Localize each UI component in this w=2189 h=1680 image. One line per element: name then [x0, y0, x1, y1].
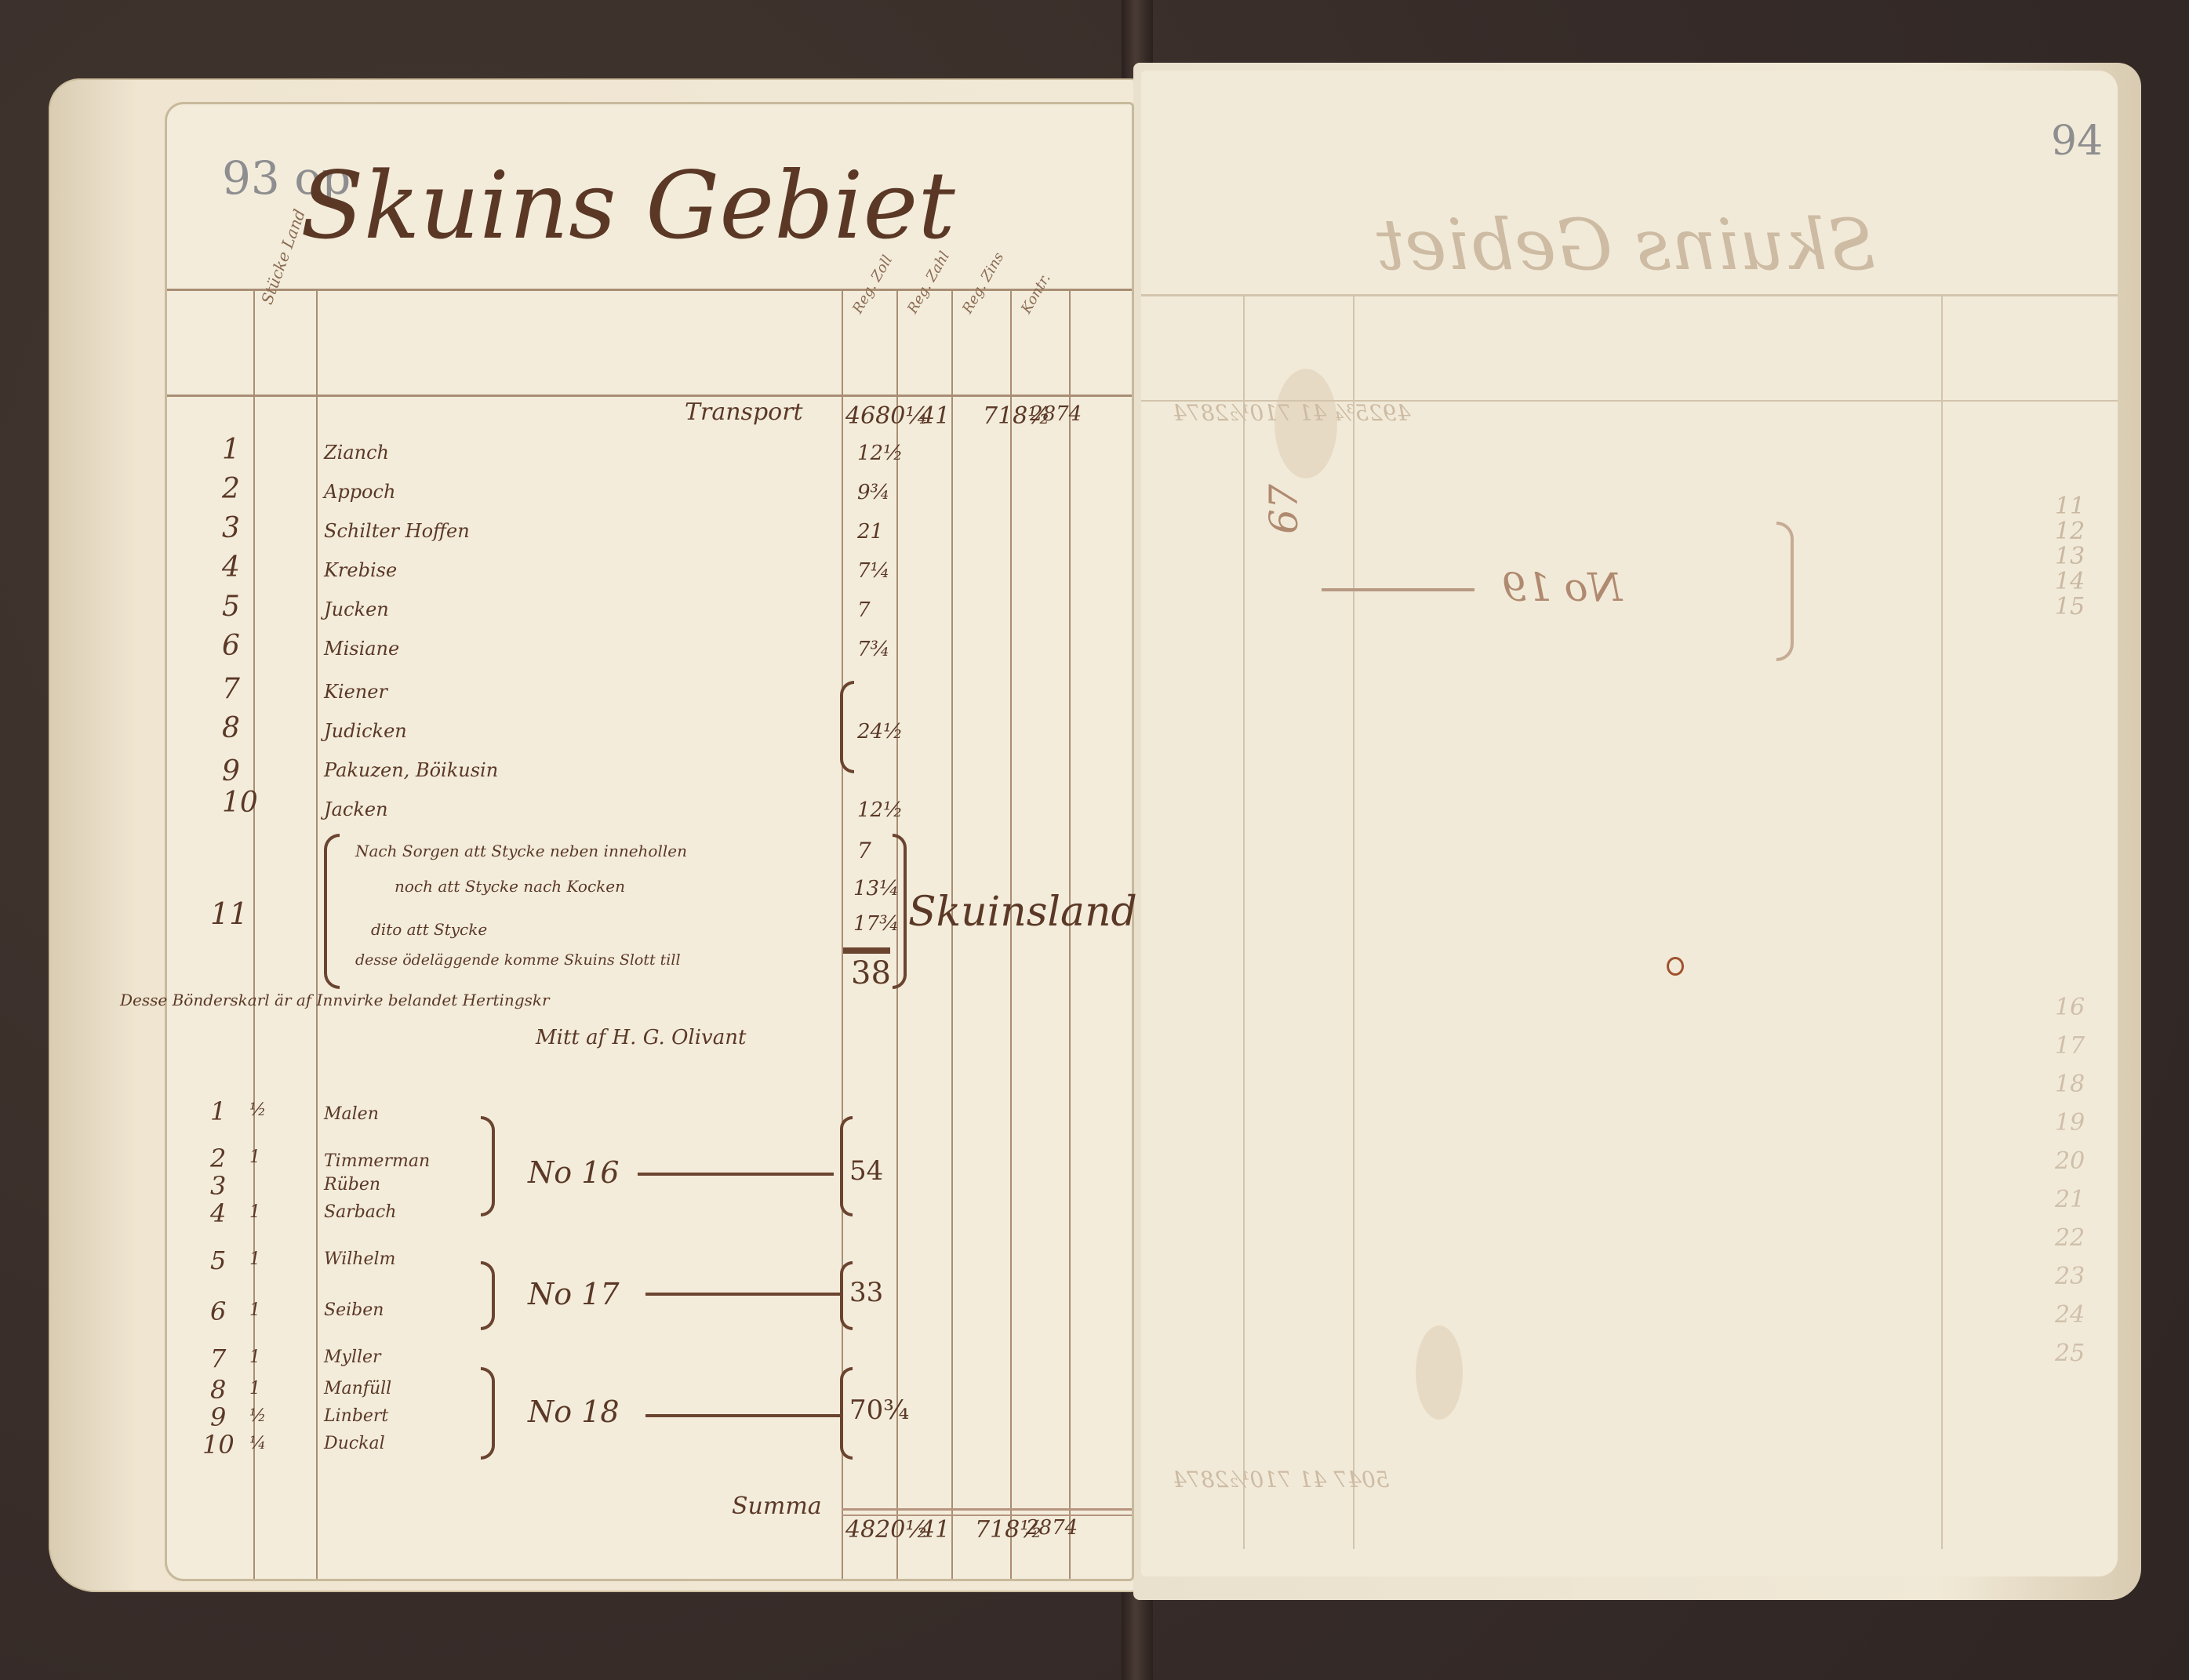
row-name: Linbert [324, 1406, 388, 1426]
row-number: 21 [2055, 1180, 2102, 1219]
row-number: 9 [210, 1402, 226, 1432]
row-number: 4 [210, 1198, 226, 1228]
entry-line: dito att Stycke [371, 920, 487, 939]
row-share: ¼ [249, 1434, 266, 1453]
row-share: 1 [249, 1249, 260, 1269]
column-header-rule [167, 395, 1132, 397]
group-connector [645, 1414, 842, 1417]
row-number: 8 [222, 712, 240, 744]
row-number: 22 [2055, 1219, 2102, 1257]
summa-rule [842, 1508, 1132, 1511]
summa-value: 4820½ [845, 1516, 928, 1544]
note: Desse Bönderskarl är af Innvirke belande… [120, 991, 550, 1009]
row-number: 5 [222, 591, 240, 623]
bracket [481, 1116, 495, 1216]
bleed-through-summa: 5047 41 710½2874 [1173, 1467, 1390, 1493]
row-name: Sarbach [324, 1202, 396, 1222]
row-value: 21 [857, 520, 883, 544]
row-number: 6 [210, 1296, 226, 1326]
bleed-through-group-total: 67 [1261, 484, 1307, 534]
row-number: 19 [2055, 1104, 2102, 1142]
pencil-folio: 94 [2051, 118, 2103, 165]
bleed-through-group-label: No 19 [1502, 565, 1622, 610]
group-connector [645, 1293, 842, 1296]
row-number: 2 [222, 473, 240, 505]
row-number: 15 [2055, 595, 2102, 620]
entry-line: Nach Sorgen att Stycke neben innehollen [355, 842, 687, 860]
row-number: 1 [222, 434, 240, 466]
group-label: No 16 [528, 1155, 620, 1190]
bleed-through-bracket [1776, 522, 1794, 661]
bracket [324, 834, 340, 989]
group-label: No 18 [528, 1395, 620, 1429]
entry-line: noch att Stycke nach Kocken [395, 877, 625, 896]
row-number: 17 [2055, 1027, 2102, 1065]
row-number: 10 [202, 1430, 235, 1460]
row-number: 12 [2055, 519, 2102, 544]
row-name: Jucken [324, 598, 389, 620]
row-name: Duckal [324, 1434, 385, 1453]
row-number: 7 [210, 1344, 226, 1373]
row-name: Kiener [324, 681, 387, 703]
row-share: ½ [249, 1100, 266, 1120]
row-value: 12½ [857, 442, 903, 465]
bleed-through-transport: 4925¾ 41 710½2874 [1173, 400, 1411, 426]
row-number: 11 [2055, 494, 2102, 519]
row-share: ½ [249, 1406, 266, 1426]
summa-value: 2874 [1026, 1516, 1078, 1540]
row-name: Appoch [324, 481, 395, 503]
row-name: Seiben [324, 1300, 384, 1320]
row-name: Zianch [324, 442, 389, 464]
row-value: 7¾ [857, 638, 890, 661]
row-number: 20 [2055, 1142, 2102, 1180]
row-name: Timmerman [324, 1151, 430, 1171]
subtotal-bar [843, 947, 890, 954]
row-value: 12½ [857, 798, 903, 822]
right-page: 94 Skuins Gebiet 4925¾ 41 710½2874 67 No… [1141, 71, 2118, 1576]
bleed-through-row-numbers-lower: 16 17 18 19 20 21 22 23 24 25 [2055, 988, 2102, 1373]
row-name: Rüben [324, 1175, 380, 1195]
row-number: 18 [2055, 1065, 2102, 1104]
row-name: Schilter Hoffen [324, 520, 470, 542]
row-share: 1 [249, 1300, 260, 1320]
row-value: 7¼ [857, 559, 890, 583]
row-number: 25 [2055, 1334, 2102, 1373]
bracket [481, 1367, 495, 1460]
column-header: Reg. Zoll [849, 253, 896, 317]
left-page: 93 op Skuins Gebiet Stücke Land Reg. Zol… [165, 102, 1134, 1581]
transport-value: 4680¼ [845, 402, 928, 430]
ghost-rule [1353, 294, 1354, 1549]
group-total: 33 [849, 1277, 883, 1308]
row-number: 8 [210, 1375, 226, 1405]
row-name: Wilhelm [324, 1249, 395, 1269]
row-number: 11 [210, 896, 248, 931]
group-total: 54 [849, 1155, 883, 1187]
row-name: Pakuzen, Böikusin [324, 759, 498, 781]
page-title: Skuins Gebiet [300, 151, 955, 260]
ink-spot [1667, 957, 1684, 976]
row-share: 1 [249, 1347, 260, 1367]
row-number: 13 [2055, 544, 2102, 569]
signature: Mitt af H. G. Olivant [536, 1026, 746, 1049]
group-total: 70¾ [849, 1395, 909, 1426]
paper-stain [1416, 1325, 1463, 1420]
row-name: Misiane [324, 638, 399, 660]
row-value: 7 [857, 598, 871, 622]
transport-value: 2874 [1030, 402, 1082, 426]
ghost-rule [1243, 294, 1245, 1549]
bleed-through-title: Skuins Gebiet [1376, 204, 1876, 286]
subtotal: 38 [851, 955, 891, 991]
row-number: 3 [222, 512, 240, 544]
summa-value: 41 [920, 1516, 950, 1544]
row-number: 5 [210, 1245, 226, 1275]
row-name: Krebise [324, 559, 397, 581]
row-share: 1 [249, 1202, 260, 1222]
row-number: 14 [2055, 569, 2102, 595]
row-number: 3 [210, 1171, 226, 1201]
row-number: 24 [2055, 1296, 2102, 1334]
column-header: Kontr. [1018, 271, 1054, 316]
row-name: Jacken [324, 798, 388, 820]
row-number: 2 [210, 1144, 226, 1173]
row-number: 1 [210, 1096, 226, 1126]
transport-value: 41 [920, 402, 950, 430]
ghost-rule [1141, 294, 2118, 296]
group-connector [638, 1173, 834, 1176]
bracket [840, 681, 854, 773]
entry-line: desse ödeläggende komme Skuins Slott til… [355, 951, 681, 969]
row-value: 24½ [857, 720, 903, 744]
bleed-through-connector [1322, 588, 1474, 591]
row-number: 23 [2055, 1257, 2102, 1296]
row-name: Malen [324, 1104, 379, 1124]
row-name: Myller [324, 1347, 381, 1367]
margin-note: Skuinsland [908, 889, 1137, 936]
row-name: Manfüll [324, 1379, 391, 1398]
bracket [893, 834, 907, 989]
bracket [481, 1261, 495, 1330]
row-number: 6 [222, 630, 240, 662]
row-value: 9¾ [857, 481, 890, 504]
ghost-rule [1941, 294, 1943, 1549]
column-header: Reg. Zins [959, 249, 1007, 316]
transport-label: Transport [685, 398, 803, 426]
col-rule [316, 289, 318, 1579]
row-number: 9 [222, 755, 240, 787]
bleed-through-row-numbers: 11 12 13 14 15 [2055, 494, 2102, 620]
row-number: 16 [2055, 988, 2102, 1027]
row-share: 1 [249, 1147, 260, 1167]
row-name: Judicken [324, 720, 407, 742]
row-number: 4 [222, 551, 240, 584]
row-share: 1 [249, 1379, 260, 1398]
entry-value: 7 [857, 838, 871, 864]
group-label: No 17 [528, 1277, 620, 1311]
summa-label: Summa [732, 1493, 822, 1520]
row-number: 7 [222, 673, 240, 705]
row-number: 10 [222, 787, 258, 819]
